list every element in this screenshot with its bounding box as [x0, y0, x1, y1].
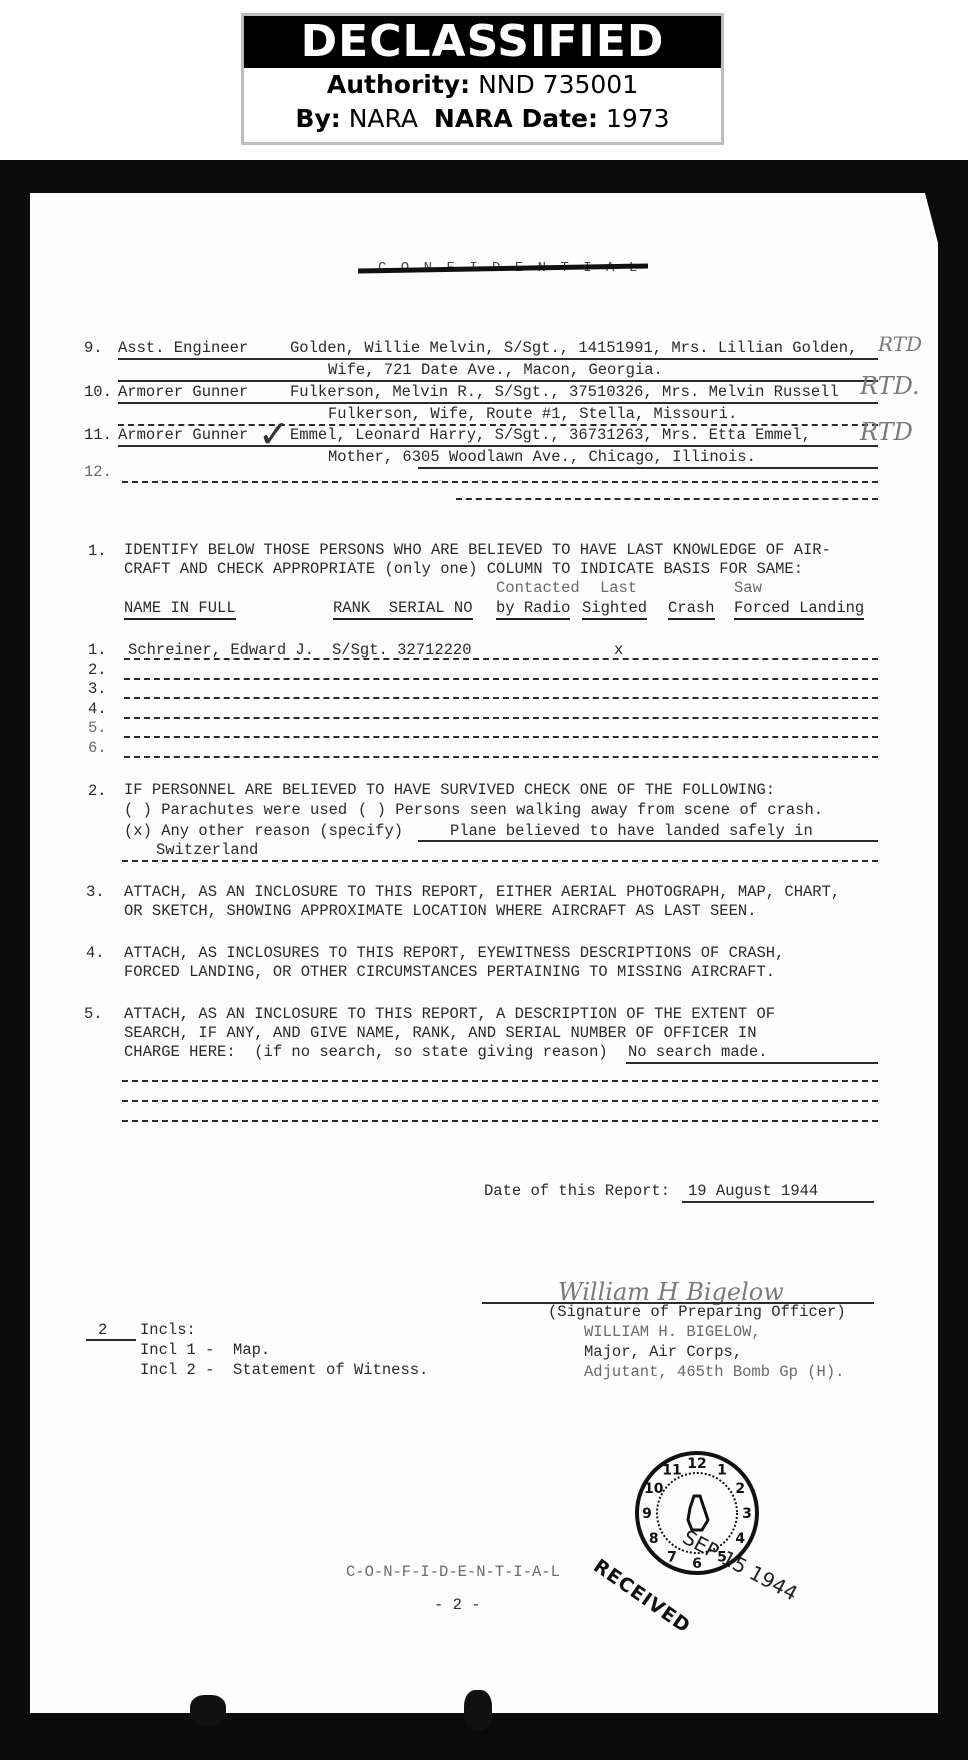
svg-text:1: 1 — [717, 1463, 727, 1479]
date-rule — [682, 1201, 874, 1203]
reason-rule — [122, 860, 878, 862]
svg-text:11: 11 — [662, 1463, 681, 1479]
section1-text-line2: CRAFT AND CHECK APPROPRIATE (only one) C… — [124, 559, 803, 579]
witness-row-number: 1. — [88, 640, 107, 660]
inclosure-count: 2 — [98, 1320, 107, 1340]
witness-row-number: 2. — [88, 660, 107, 680]
crew-rule — [118, 445, 878, 447]
crew-position-9: Asst. Engineer — [118, 338, 248, 360]
margin-note-10: RTD. — [860, 372, 920, 400]
officer-rank: Major, Air Corps, — [584, 1342, 742, 1362]
crew-entry-9-line2: Wife, 721 Date Ave., Macon, Georgia. — [328, 360, 663, 380]
witness-row-number: 5. — [88, 718, 107, 738]
witness-name: Schreiner, Edward J. — [128, 640, 314, 660]
col-radio: by Radio — [496, 598, 570, 620]
survival-reason-line1: Plane believed to have landed safely in — [450, 821, 813, 841]
col-forced-top: Saw — [734, 578, 762, 598]
section4-line1: ATTACH, AS INCLOSURES TO THIS REPORT, EY… — [124, 943, 784, 963]
svg-text:12: 12 — [687, 1456, 706, 1472]
col-rank-serial: RANK SERIAL NO — [333, 598, 473, 620]
svg-text:7: 7 — [667, 1549, 677, 1565]
witness-row-rule — [124, 678, 878, 680]
section3-line1: ATTACH, AS AN INCLOSURE TO THIS REPORT, … — [124, 882, 840, 902]
svg-text:10: 10 — [644, 1481, 664, 1497]
footer-classification: C-O-N-F-I-D-E-N-T-I-A-L — [346, 1562, 560, 1582]
banner-by: By: NARA NARA Date: 1973 — [244, 102, 721, 136]
section5-line3: CHARGE HERE: (if no search, so state giv… — [124, 1042, 608, 1062]
witness-row-rule — [124, 697, 878, 699]
banner-authority: Authority: NND 735001 — [244, 68, 721, 102]
witness-row-rule — [124, 717, 878, 719]
col-sighted: Sighted — [582, 598, 647, 620]
declassified-banner: DECLASSIFIED Authority: NND 735001 By: N… — [241, 13, 724, 145]
margin-note-11: RTD — [860, 418, 913, 446]
section1-number: 1. — [88, 541, 107, 561]
col-forced: Forced Landing — [734, 598, 864, 620]
crew-num-12: 12. — [84, 462, 112, 482]
inclosure-count-rule — [86, 1339, 136, 1341]
inclosure-item-2: Incl 2 - Statement of Witness. — [140, 1360, 428, 1380]
answer-rule — [626, 1062, 878, 1064]
section5-line2: SEARCH, IF ANY, AND GIVE NAME, RANK, AND… — [124, 1023, 757, 1043]
report-date-label: Date of this Report: — [484, 1181, 670, 1201]
svg-text:4: 4 — [735, 1531, 745, 1547]
survival-option-walking: ( ) Persons seen walking away from scene… — [358, 800, 823, 820]
survival-option-other: (x) Any other reason (specify) — [124, 821, 403, 841]
svg-text:6: 6 — [692, 1556, 702, 1572]
section3-number: 3. — [86, 882, 105, 902]
margin-note-9: RTD — [878, 332, 922, 356]
crew-entry-11-line1: Emmel, Leonard Harry, S/Sgt., 36731263, … — [290, 425, 811, 445]
clock-stamp-icon: 121234567891011 — [632, 1448, 762, 1578]
col-crash: Crash — [668, 598, 715, 620]
officer-title: Adjutant, 465th Bomb Gp (H). — [584, 1362, 844, 1382]
crew-num-10: 10. — [84, 382, 112, 402]
witness-row-number: 4. — [88, 699, 107, 719]
section4-number: 4. — [86, 943, 105, 963]
reason-rule — [418, 840, 878, 842]
col-name: NAME IN FULL — [124, 598, 236, 620]
confidential-header-struck: C O N F I D E N T I A L — [378, 258, 640, 278]
survival-reason-line2: Switzerland — [156, 840, 258, 860]
search-answer: No search made. — [628, 1042, 768, 1062]
witness-check-mark: x — [614, 640, 623, 660]
crew-rule — [118, 402, 878, 404]
crew-position-10: Armorer Gunner — [118, 382, 248, 404]
crew-rule — [456, 498, 878, 500]
col-sighted-top: Last — [600, 578, 637, 598]
answer-rule — [122, 1120, 878, 1122]
witness-rank-serial: S/Sgt. 32712220 — [332, 640, 472, 660]
section3-line2: OR SKETCH, SHOWING APPROXIMATE LOCATION … — [124, 901, 757, 921]
section2-number: 2. — [88, 781, 107, 801]
inclosure-item-1: Incl 1 - Map. — [140, 1340, 270, 1360]
witness-row-number: 6. — [88, 738, 107, 758]
svg-text:5: 5 — [717, 1549, 727, 1565]
col-radio-top: Contacted — [496, 578, 580, 598]
crew-rule — [418, 467, 878, 469]
witness-row-rule — [124, 736, 878, 738]
page-number: - 2 - — [434, 1595, 481, 1615]
crew-rule — [122, 481, 878, 483]
checkmark-icon: ✓ — [258, 412, 290, 456]
svg-text:8: 8 — [649, 1531, 659, 1547]
survival-option-parachutes: ( ) Parachutes were used — [124, 800, 347, 820]
crew-entry-9-line1: Golden, Willie Melvin, S/Sgt., 14151991,… — [290, 338, 857, 360]
signature-caption: (Signature of Preparing Officer) — [548, 1302, 846, 1322]
officer-name: WILLIAM H. BIGELOW, — [584, 1322, 761, 1342]
svg-text:3: 3 — [742, 1506, 752, 1522]
crew-position-11: Armorer Gunner — [118, 425, 248, 447]
crew-entry-10-line1: Fulkerson, Melvin R., S/Sgt., 37510326, … — [290, 382, 839, 402]
crew-num-9: 9. — [84, 338, 103, 358]
witness-row-number: 3. — [88, 679, 107, 699]
svg-text:9: 9 — [642, 1506, 652, 1522]
section5-number: 5. — [84, 1004, 103, 1024]
crew-entry-11-line2: Mother, 6305 Woodlawn Ave., Chicago, Ill… — [328, 447, 756, 467]
answer-rule — [122, 1080, 878, 1082]
answer-rule — [122, 1100, 878, 1102]
inclosure-label: Incls: — [140, 1320, 196, 1340]
scan-blot — [190, 1695, 226, 1725]
report-date-value: 19 August 1944 — [688, 1181, 818, 1201]
section2-text: IF PERSONNEL ARE BELIEVED TO HAVE SURVIV… — [124, 780, 775, 800]
section5-line1: ATTACH, AS AN INCLOSURE TO THIS REPORT, … — [124, 1004, 775, 1024]
witness-row-rule — [124, 658, 878, 660]
svg-text:2: 2 — [735, 1481, 745, 1497]
section4-line2: FORCED LANDING, OR OTHER CIRCUMSTANCES P… — [124, 962, 775, 982]
crew-num-11: 11. — [84, 425, 112, 445]
banner-title: DECLASSIFIED — [244, 16, 721, 68]
section1-text-line1: IDENTIFY BELOW THOSE PERSONS WHO ARE BEL… — [124, 540, 831, 560]
scan-blot — [464, 1690, 492, 1730]
crew-entry-10-line2: Fulkerson, Wife, Route #1, Stella, Misso… — [328, 404, 737, 424]
crew-rule — [118, 358, 878, 360]
witness-row-rule — [124, 756, 878, 758]
